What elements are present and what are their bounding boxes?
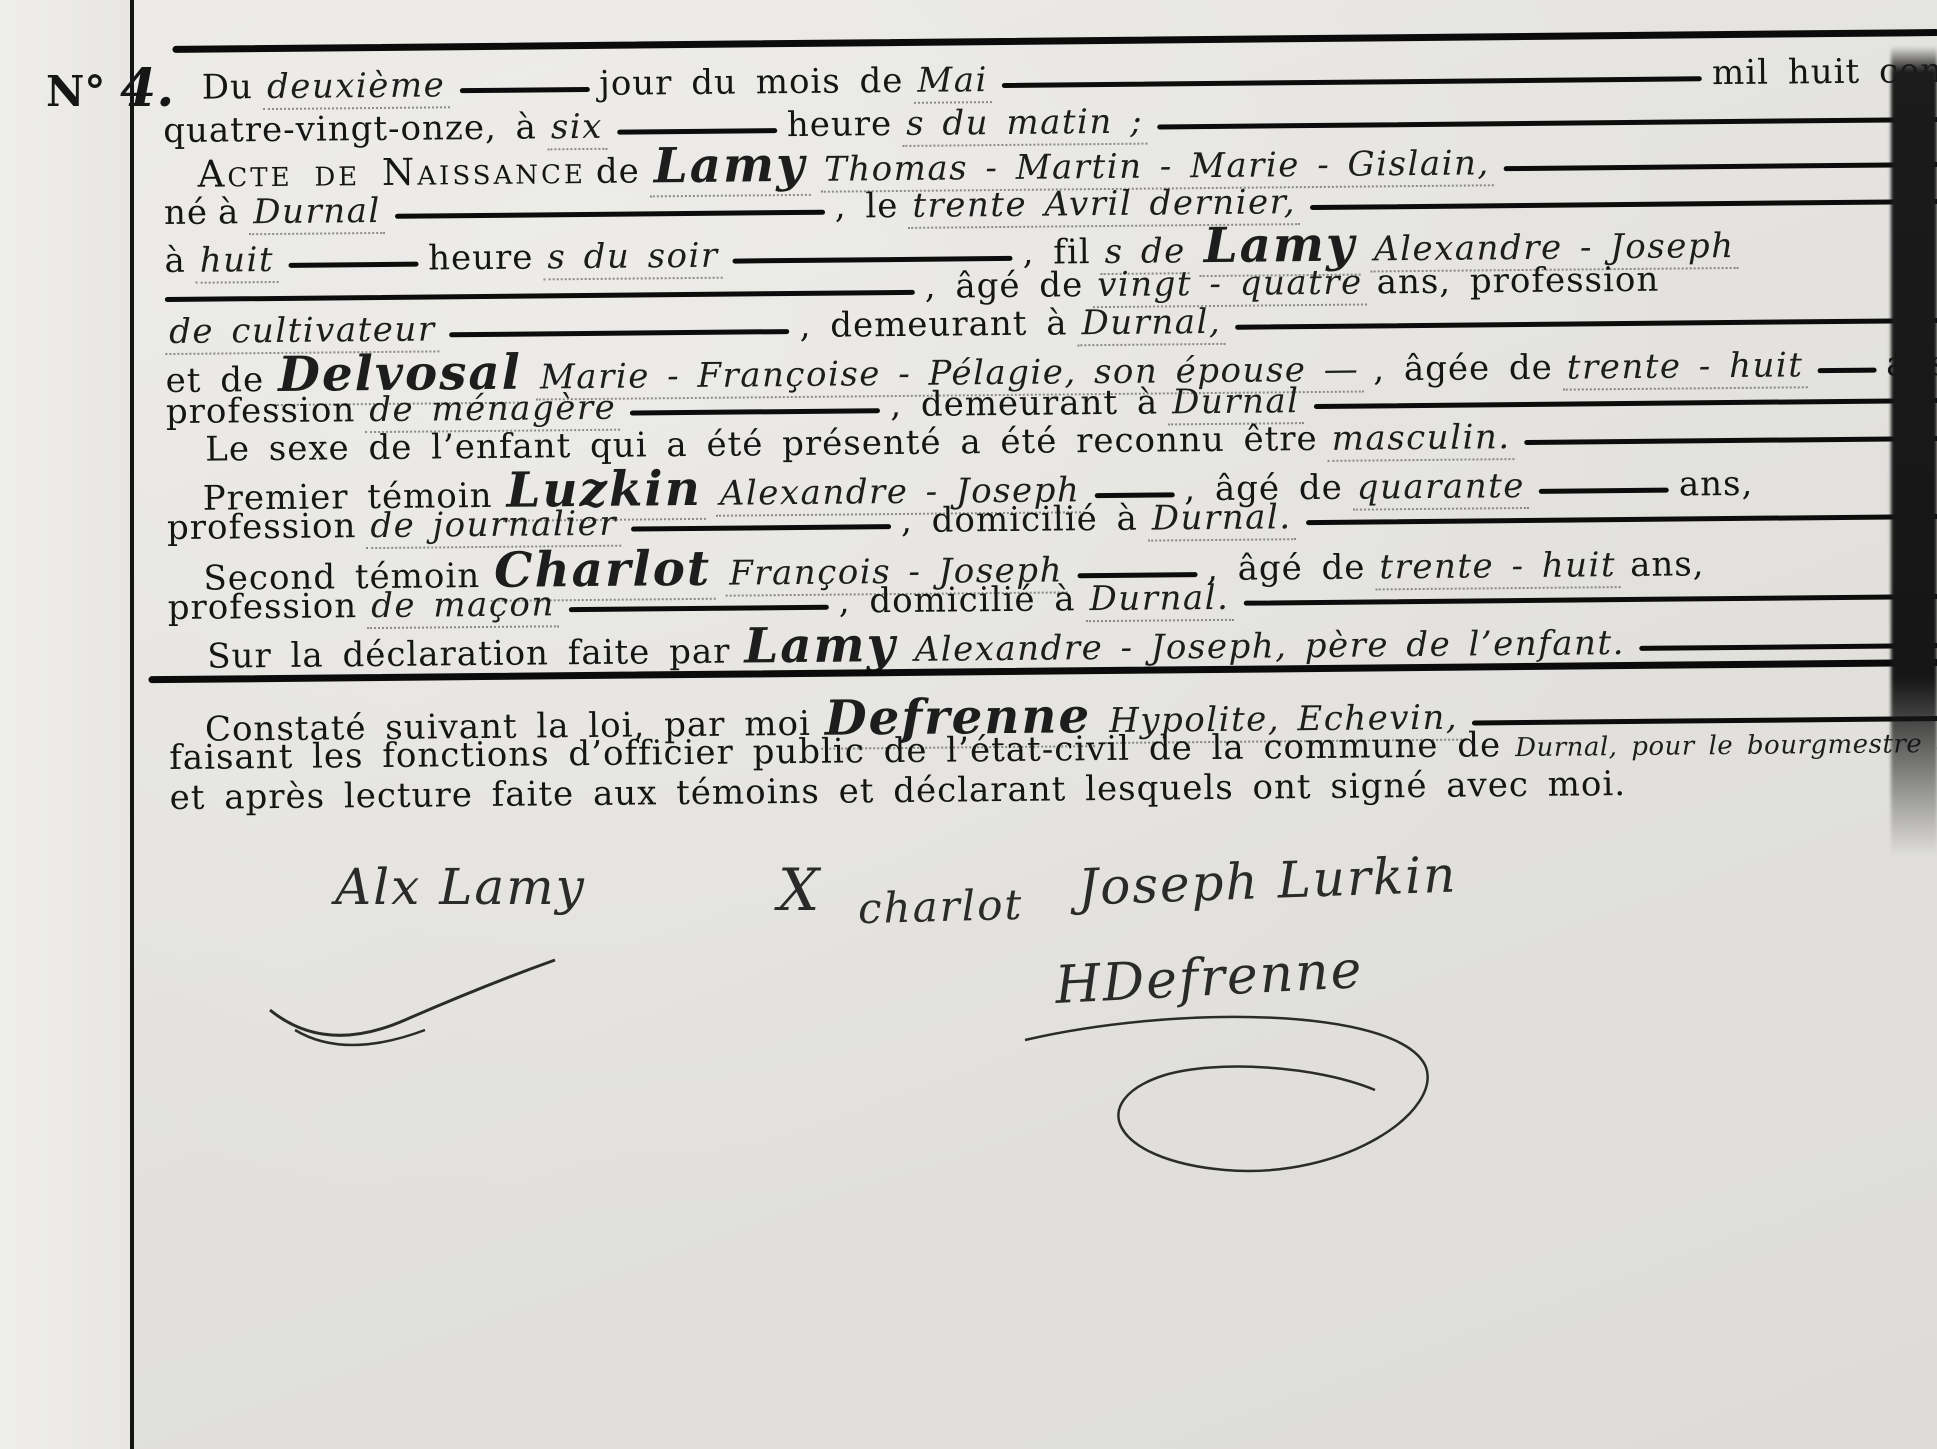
fill-line: [288, 262, 418, 268]
top-rule: [172, 29, 1937, 53]
fill-line: [1314, 398, 1937, 409]
fill-line: [1002, 76, 1702, 88]
fill-line: [1504, 162, 1937, 171]
signature-charlot: charlot: [857, 880, 1024, 933]
printed-text: , demeurant à: [890, 383, 1158, 426]
handwritten-entry: deuxième: [263, 65, 450, 110]
fill-line: [631, 524, 891, 531]
birth-certificate-scan: N° 4. Dudeuxièmejour du mois deMaimil hu…: [0, 0, 1937, 1449]
fill-line: [1235, 318, 1937, 330]
fill-line: [459, 87, 589, 93]
handwritten-entry: Durnal, pour le bourgmestre absent: [1511, 728, 1937, 764]
handwritten-entry: Mai: [913, 60, 992, 104]
fill-line: [617, 128, 777, 135]
fill-line: [1525, 436, 1937, 445]
printed-text: de: [596, 151, 640, 191]
fill-line: [1817, 368, 1876, 374]
scan-edge-shadow: [1891, 46, 1937, 856]
printed-text: ans, profession: [1376, 260, 1659, 303]
fill-line: [1310, 199, 1937, 210]
fill-line: [450, 329, 790, 337]
fill-line: [630, 408, 880, 415]
fill-line: [395, 210, 825, 219]
signature-lamy: Alx Lamy: [335, 858, 586, 916]
printed-text: profession: [167, 506, 357, 548]
signature-mark: X: [778, 856, 821, 924]
fill-line: [1243, 594, 1937, 606]
printed-text: profession: [166, 390, 356, 432]
form-area: Dudeuxièmejour du mois deMaimil huit cen…: [0, 0, 1937, 1449]
printed-text: Du: [202, 67, 254, 107]
fill-line: [165, 290, 915, 302]
printed-text: , domicilié à: [901, 499, 1138, 541]
printed-text: , âgé de: [925, 265, 1084, 307]
fill-line: [733, 256, 1013, 264]
fill-line: [569, 605, 829, 612]
printed-text: Sur la déclaration faite par: [207, 632, 730, 677]
printed-text: jour du mois de: [599, 61, 904, 104]
lamy-paraph-flourish: [255, 935, 585, 1065]
fill-line: [1094, 492, 1174, 498]
fill-line: [1306, 514, 1937, 525]
defrenne-flourish: [1015, 995, 1495, 1205]
